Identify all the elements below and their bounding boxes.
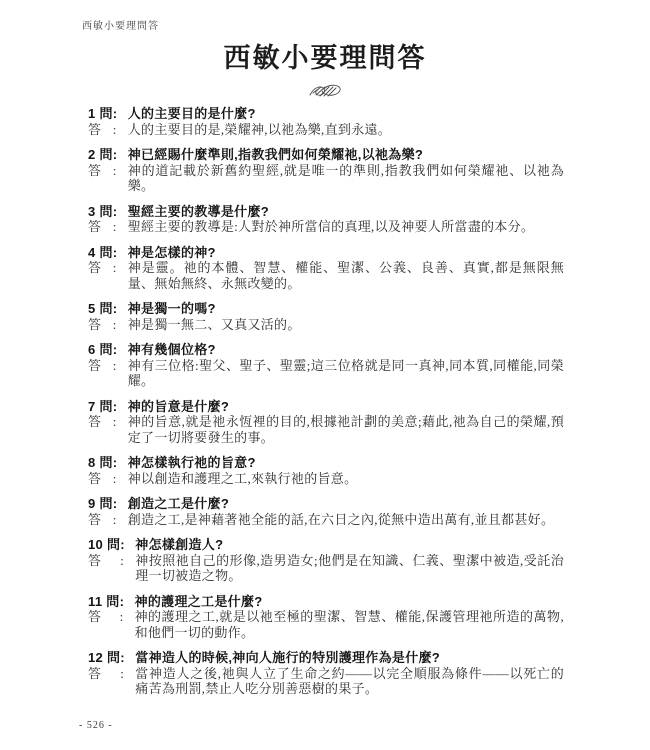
question-text: 神是怎樣的神? [128,245,564,261]
answer-text: 神以創造和護理之工,來執行祂的旨意。 [128,471,564,487]
qa-item: 1 問:人的主要目的是什麼? 答:人的主要目的是,榮耀神,以祂為樂,直到永遠。 [88,106,564,137]
answer-colon: : [120,666,135,697]
question-number-label: 3 問 [88,204,113,220]
qa-item: 2 問:神已經賜什麼準則,指教我們如何榮耀祂,以祂為樂? 答:神的道記載於新舊約… [88,147,564,194]
question-text: 神的護理之工是什麼? [135,594,564,610]
question-text: 神有幾個位格? [128,342,564,358]
question-colon: : [113,106,128,122]
question-number-label: 4 問 [88,245,113,261]
answer-text: 神有三位格:聖父、聖子、聖靈;這三位格就是同一真神,同本質,同權能,同榮耀。 [128,358,564,389]
page-number: - 526 - [79,720,113,731]
answer-text: 神的護理之工,就是以祂至極的聖潔、智慧、權能,保護管理祂所造的萬物,和他們一切的… [135,609,564,640]
fleuron-icon [0,82,650,99]
catechism-body: 1 問:人的主要目的是什麼? 答:人的主要目的是,榮耀神,以祂為樂,直到永遠。 … [88,106,564,707]
qa-item: 7 問:神的旨意是什麼? 答:神的旨意,就是祂永恆裡的目的,根據祂計劃的美意;藉… [88,399,564,446]
qa-item: 10 問:神怎樣創造人? 答:神按照祂自己的形像,造男造女;他們是在知識、仁義、… [88,537,564,584]
question-colon: : [113,245,128,261]
answer-text: 神按照祂自己的形像,造男造女;他們是在知識、仁義、聖潔中被造,受託治理一切被造之… [135,553,564,584]
question-number-label: 10 問 [88,537,120,553]
question-number-label: 8 問 [88,455,113,471]
question-colon: : [113,204,128,220]
answer-label: 答 [88,512,113,528]
qa-item: 5 問:神是獨一的嗎? 答:神是獨一無二、又真又活的。 [88,301,564,332]
answer-text: 當神造人之後,祂與人立了生命之約——以完全順服為條件——以死亡的痛苦為刑罰,禁止… [135,666,564,697]
question-colon: : [113,455,128,471]
answer-text: 神的道記載於新舊約聖經,就是唯一的準則,指教我們如何榮耀祂、以祂為樂。 [128,163,564,194]
question-colon: : [120,650,135,666]
question-number-label: 12 問 [88,650,120,666]
answer-colon: : [113,512,128,528]
question-text: 神的旨意是什麼? [128,399,564,415]
question-number-label: 6 問 [88,342,113,358]
question-text: 創造之工是什麼? [128,496,564,512]
qa-item: 8 問:神怎樣執行祂的旨意? 答:神以創造和護理之工,來執行祂的旨意。 [88,455,564,486]
question-number-label: 2 問 [88,147,113,163]
answer-colon: : [120,553,135,584]
answer-label: 答 [88,358,113,389]
question-number-label: 9 問 [88,496,113,512]
page-title: 西敏小要理問答 [0,36,650,75]
answer-colon: : [113,358,128,389]
question-number-label: 7 問 [88,399,113,415]
answer-colon: : [113,163,128,194]
question-number-label: 1 問 [88,106,113,122]
answer-label: 答 [88,163,113,194]
running-head: 西敏小要理問答 [82,17,159,32]
answer-text: 創造之工,是神藉著祂全能的話,在六日之內,從無中造出萬有,並且都甚好。 [128,512,564,528]
question-colon: : [120,537,135,553]
answer-colon: : [113,471,128,487]
answer-colon: : [113,260,128,291]
answer-label: 答 [88,471,113,487]
question-text: 神怎樣創造人? [135,537,564,553]
question-text: 當神造人的時候,神向人施行的特別護理作為是什麼? [135,650,564,666]
qa-item: 11 問:神的護理之工是什麼? 答:神的護理之工,就是以祂至極的聖潔、智慧、權能… [88,594,564,641]
answer-label: 答 [88,260,113,291]
question-number-label: 5 問 [88,301,113,317]
qa-item: 9 問:創造之工是什麼? 答:創造之工,是神藉著祂全能的話,在六日之內,從無中造… [88,496,564,527]
question-number-label: 11 問 [88,594,120,610]
answer-colon: : [113,414,128,445]
answer-text: 聖經主要的教導是:人對於神所當信的真理,以及神要人所當盡的本分。 [128,219,564,235]
qa-item: 6 問:神有幾個位格? 答:神有三位格:聖父、聖子、聖靈;這三位格就是同一真神,… [88,342,564,389]
answer-colon: : [113,219,128,235]
question-text: 神是獨一的嗎? [128,301,564,317]
question-text: 神已經賜什麼準則,指教我們如何榮耀祂,以祂為樂? [128,147,564,163]
question-colon: : [113,399,128,415]
answer-label: 答 [88,122,113,138]
answer-label: 答 [88,414,113,445]
question-text: 神怎樣執行祂的旨意? [128,455,564,471]
question-text: 人的主要目的是什麼? [128,106,564,122]
answer-label: 答 [88,666,120,697]
answer-label: 答 [88,609,120,640]
answer-label: 答 [88,553,120,584]
answer-colon: : [120,609,135,640]
qa-item: 4 問:神是怎樣的神? 答:神是靈。祂的本體、智慧、權能、聖潔、公義、良善、真實… [88,245,564,292]
answer-text: 神是獨一無二、又真又活的。 [128,317,564,333]
qa-item: 3 問:聖經主要的教導是什麼? 答:聖經主要的教導是:人對於神所當信的真理,以及… [88,204,564,235]
question-colon: : [113,147,128,163]
answer-colon: : [113,122,128,138]
answer-text: 人的主要目的是,榮耀神,以祂為樂,直到永遠。 [128,122,564,138]
answer-label: 答 [88,317,113,333]
answer-text: 神的旨意,就是祂永恆裡的目的,根據祂計劃的美意;藉此,祂為自己的榮耀,預定了一切… [128,414,564,445]
answer-label: 答 [88,219,113,235]
question-colon: : [113,496,128,512]
answer-colon: : [113,317,128,333]
question-colon: : [120,594,135,610]
question-colon: : [113,301,128,317]
question-text: 聖經主要的教導是什麼? [128,204,564,220]
answer-text: 神是靈。祂的本體、智慧、權能、聖潔、公義、良善、真實,都是無限無量、無始無終、永… [128,260,564,291]
qa-item: 12 問:當神造人的時候,神向人施行的特別護理作為是什麼? 答:當神造人之後,祂… [88,650,564,697]
question-colon: : [113,342,128,358]
